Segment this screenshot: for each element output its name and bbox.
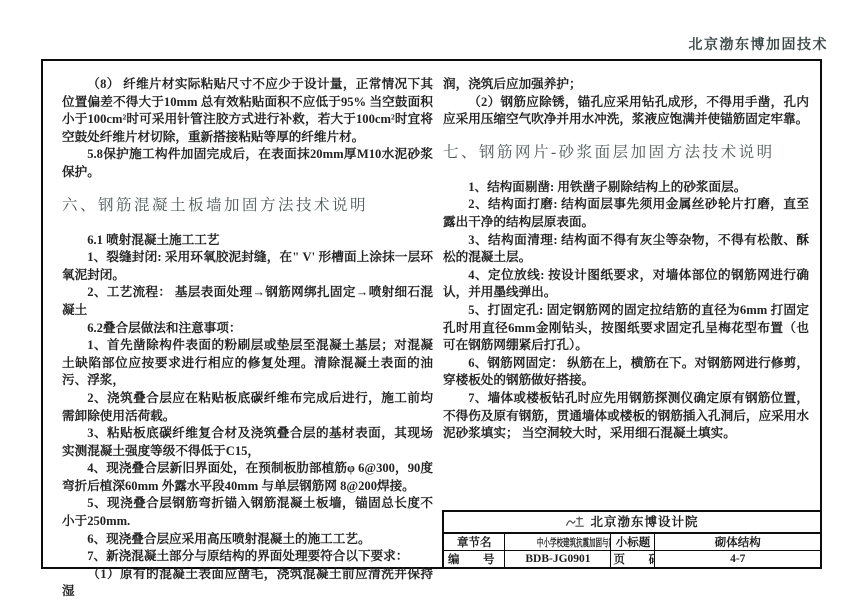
titleblock-page-value: 4-7 [655,551,821,569]
paragraph: 7、新浇混凝土部分与原结构的界面处理要符合以下要求： [62,548,433,566]
paragraph: 1、首先凿除构件表面的粉刷层或垫层至混凝土基层；对混凝土缺陷部位应按要求进行相应… [62,337,433,390]
paragraph: 2、浇筑叠合层应在粘贴板底碳纤维布完成后进行，施工前均需卸除使用活荷载。 [62,390,433,425]
titleblock-subtitle-value: 砌体结构 [655,533,821,551]
right-text-column: 润，浇筑后应加强养护； （2）钢筋应除锈，锚孔应采用钻孔成形，不得用手凿，孔内应… [443,76,809,443]
paragraph: 1、结构面剔凿: 用铁凿子剔除结构上的砂浆面层。 [443,179,809,197]
section-heading-7: 七、钢筋网片-砂浆面层加固方法技术说明 [443,143,809,163]
paragraph: 6、现浇叠合层应采用高压喷射混凝土的施工工艺。 [62,531,433,549]
paragraph: 6、钢筋网固定： 纵筋在上，横筋在下。对钢筋网进行修剪，穿楼板处的钢筋做好搭接。 [443,355,809,390]
paragraph: 2、结构面打磨: 结构面层事先须用金属丝砂轮片打磨，直至露出干净的结构层原表面。 [443,196,809,231]
paragraph: 5、打固定孔: 固定钢筋网的固定拉结筋的直径为6mm 打固定孔时用直径6mm金刚… [443,302,809,355]
content-border-frame: （8） 纤维片材实际粘贴尺寸不应少于设计量，正常情况下其位置偏差不得大于10mm… [41,59,822,569]
titleblock-label-chapter: 章节名 [443,533,505,551]
paragraph: 1、裂缝封闭: 采用环氧胶泥封缝，在" V' 形槽面上涂抹一层环氧泥封闭。 [62,249,433,284]
paragraph: 3、粘贴板底碳纤维复合材及浇筑叠合层的基材表面，其现场实测混凝土强度等级不得低于… [62,425,433,460]
section-heading-6: 六、钢筋混凝土板墙加固方法技术说明 [62,196,433,216]
paragraph: （2）钢筋应除锈，锚孔应采用钻孔成形，不得用手凿，孔内应采用压缩空气吹净并用水冲… [443,94,809,129]
titleblock-label-subtitle: 小标题 [611,533,655,551]
paragraph: （1）原有的混凝土表面应凿毛，浇筑混凝土前应清洗并保持湿 [62,566,433,601]
left-text-column: （8） 纤维片材实际粘贴尺寸不应少于设计量，正常情况下其位置偏差不得大于10mm… [62,76,433,601]
document-page: 北京渤东博加固技术 （8） 纤维片材实际粘贴尺寸不应少于设计量，正常情况下其位置… [0,0,863,609]
titleblock-label-page: 页 码 [611,551,655,569]
paragraph-continuation: 润，浇筑后应加强养护； [443,76,809,94]
paragraph: 4、现浇叠合层新旧界面处，在预制板肋部植筋φ 6@300，90度弯折后植深60m… [62,460,433,495]
paragraph: （8） 纤维片材实际粘贴尺寸不应少于设计量，正常情况下其位置偏差不得大于10mm… [62,76,433,146]
design-institute-logo-icon [565,516,585,532]
title-block: 北京渤东博设计院 章节名 中小学校建筑抗震加固与震后恢复 小标题 砌体结构 编 … [442,510,822,569]
paragraph: 7、墙体或楼板钻孔时应先用钢筋探测仪确定原有钢筋位置，不得伤及原有钢筋，贯通墙体… [443,390,809,443]
paragraph: 5、现浇叠合层钢筋弯折锚入钢筋混凝土板墙，锚固总长度不小于250mm. [62,495,433,530]
subsection-heading-6-1: 6.1 喷射混凝土施工工艺 [62,232,433,250]
page-header-brand: 北京渤东博加固技术 [689,34,829,54]
titleblock-chapter-name: 中小学校建筑抗震加固与震后恢复 [505,533,611,551]
institute-name: 北京渤东博设计院 [590,515,698,529]
paragraph: 5.8保护施工构件加固完成后，在表面抹20mm厚M10水泥砂浆保护。 [62,146,433,181]
titleblock-label-number: 编 号 [443,551,505,569]
titleblock-number-value: BDB-JG0901 [505,551,611,569]
paragraph: 2、工艺流程： 基层表面处理→钢筋网绑扎固定→喷射细石混凝土 [62,284,433,319]
paragraph: 4、定位放线: 按设计图纸要求，对墙体部位的钢筋网进行确认，并用墨线弹出。 [443,267,809,302]
title-block-institute-cell: 北京渤东博设计院 [443,511,821,533]
subsection-heading-6-2: 6.2叠合层做法和注意事项： [62,320,433,338]
paragraph: 3、结构面清理: 结构面不得有灰尘等杂物，不得有松散、酥松的混凝土层。 [443,232,809,267]
